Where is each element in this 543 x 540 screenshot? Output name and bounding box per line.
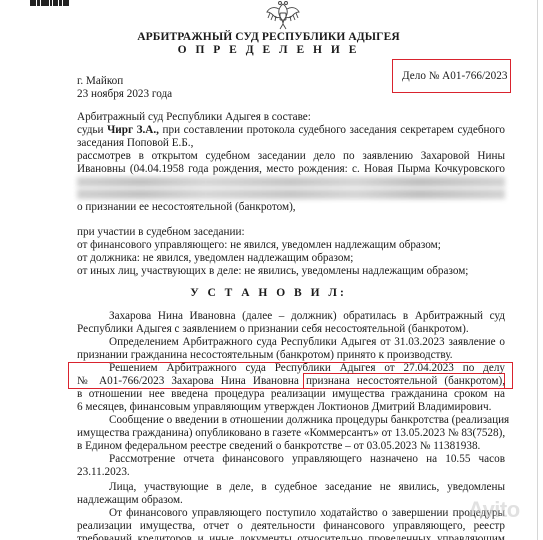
established-line-2: Республики Адыгея с заявлением о признан… <box>77 323 505 336</box>
document-page: АРБИТРАЖНЫЙ СУД РЕСПУБЛИКИ АДЫГЕЯ О П Р … <box>0 0 538 540</box>
secretary-line: заседания Поповой Е.Б., <box>77 137 193 150</box>
consideration-line-1: рассмотрев в открытом судебном заседании… <box>77 150 505 163</box>
established-heading: У С Т А Н О В И Л: <box>0 287 537 299</box>
document-type-heading: О П Р Е Д Е Л Е Н И Е <box>0 44 537 56</box>
established-line-13: 23.11.2023. <box>77 466 505 479</box>
established-line-1: Захарова Нина Ивановна (далее – должник)… <box>77 310 505 323</box>
established-line-15: надлежащим образом. <box>77 494 505 507</box>
established-line-14: Лица, участвующие в деле, в судебное зас… <box>77 481 505 494</box>
redacted-text-2 <box>77 189 505 199</box>
judge-line: судьи Чирг З.А., при составлении протоко… <box>77 124 505 137</box>
judge-name: Чирг З.А., <box>107 124 159 136</box>
established-line-7: в отношении нее введена процедура реализ… <box>77 388 505 401</box>
bankruptcy-claim-line: о признании ее несостоятельной (банкрото… <box>77 201 296 214</box>
document-date: 23 ноября 2023 года <box>77 88 172 101</box>
established-line-9: Сообщение о введении в отношении должник… <box>77 414 505 427</box>
city-label: г. Майкоп <box>77 75 123 88</box>
judge-suffix: при составлении протокола судебного засе… <box>159 124 505 136</box>
established-line-6: № А01-766/2023 Захарова Нина Ивановна пр… <box>77 375 505 388</box>
participation-line-manager: от финансового управляющего: не явился, … <box>77 239 441 252</box>
established-line-17: реализации имущества, отчет о деятельнос… <box>77 520 505 533</box>
established-line-5: Решением Арбитражного суда Республики Ад… <box>77 362 505 375</box>
avito-watermark: Avito <box>468 497 520 523</box>
participation-line-debtor: от должника: не явился, уведомлен надлеж… <box>77 252 353 265</box>
court-composition-line: Арбитражный суд Республики Адыгея в сост… <box>77 111 311 124</box>
coat-of-arms-icon <box>262 0 304 30</box>
consideration-line-2: Ивановны (04.04.1958 года рождения, мест… <box>77 163 505 176</box>
established-line-11: в Едином федеральном реестре сведений о … <box>77 440 505 453</box>
redacted-text-1 <box>77 177 505 187</box>
established-line-18: требований кредиторов и иные документы о… <box>77 533 505 540</box>
established-line-4: признании гражданина несостоятельным (ба… <box>77 349 505 362</box>
judge-prefix: судьи <box>77 124 107 136</box>
established-line-12: Рассмотрение отчета финансового управляю… <box>77 453 505 466</box>
participation-line-others: от иных лиц, участвующих в деле: не явил… <box>77 265 468 278</box>
qr-code-fragment <box>30 0 74 6</box>
court-name-heading: АРБИТРАЖНЫЙ СУД РЕСПУБЛИКИ АДЫГЕЯ <box>0 31 537 43</box>
participation-heading: при участии в судебном заседании: <box>77 226 245 239</box>
case-number: Дело № А01-766/2023 <box>402 70 507 82</box>
established-line-8: 6 месяцев, финансовым управляющим утверж… <box>77 401 505 414</box>
established-line-10: имущества гражданина) опубликовано в газ… <box>77 427 505 440</box>
established-line-16: От финансового управляющего поступило хо… <box>77 507 505 520</box>
established-line-3: Определением Арбитражного суда Республик… <box>77 336 505 349</box>
